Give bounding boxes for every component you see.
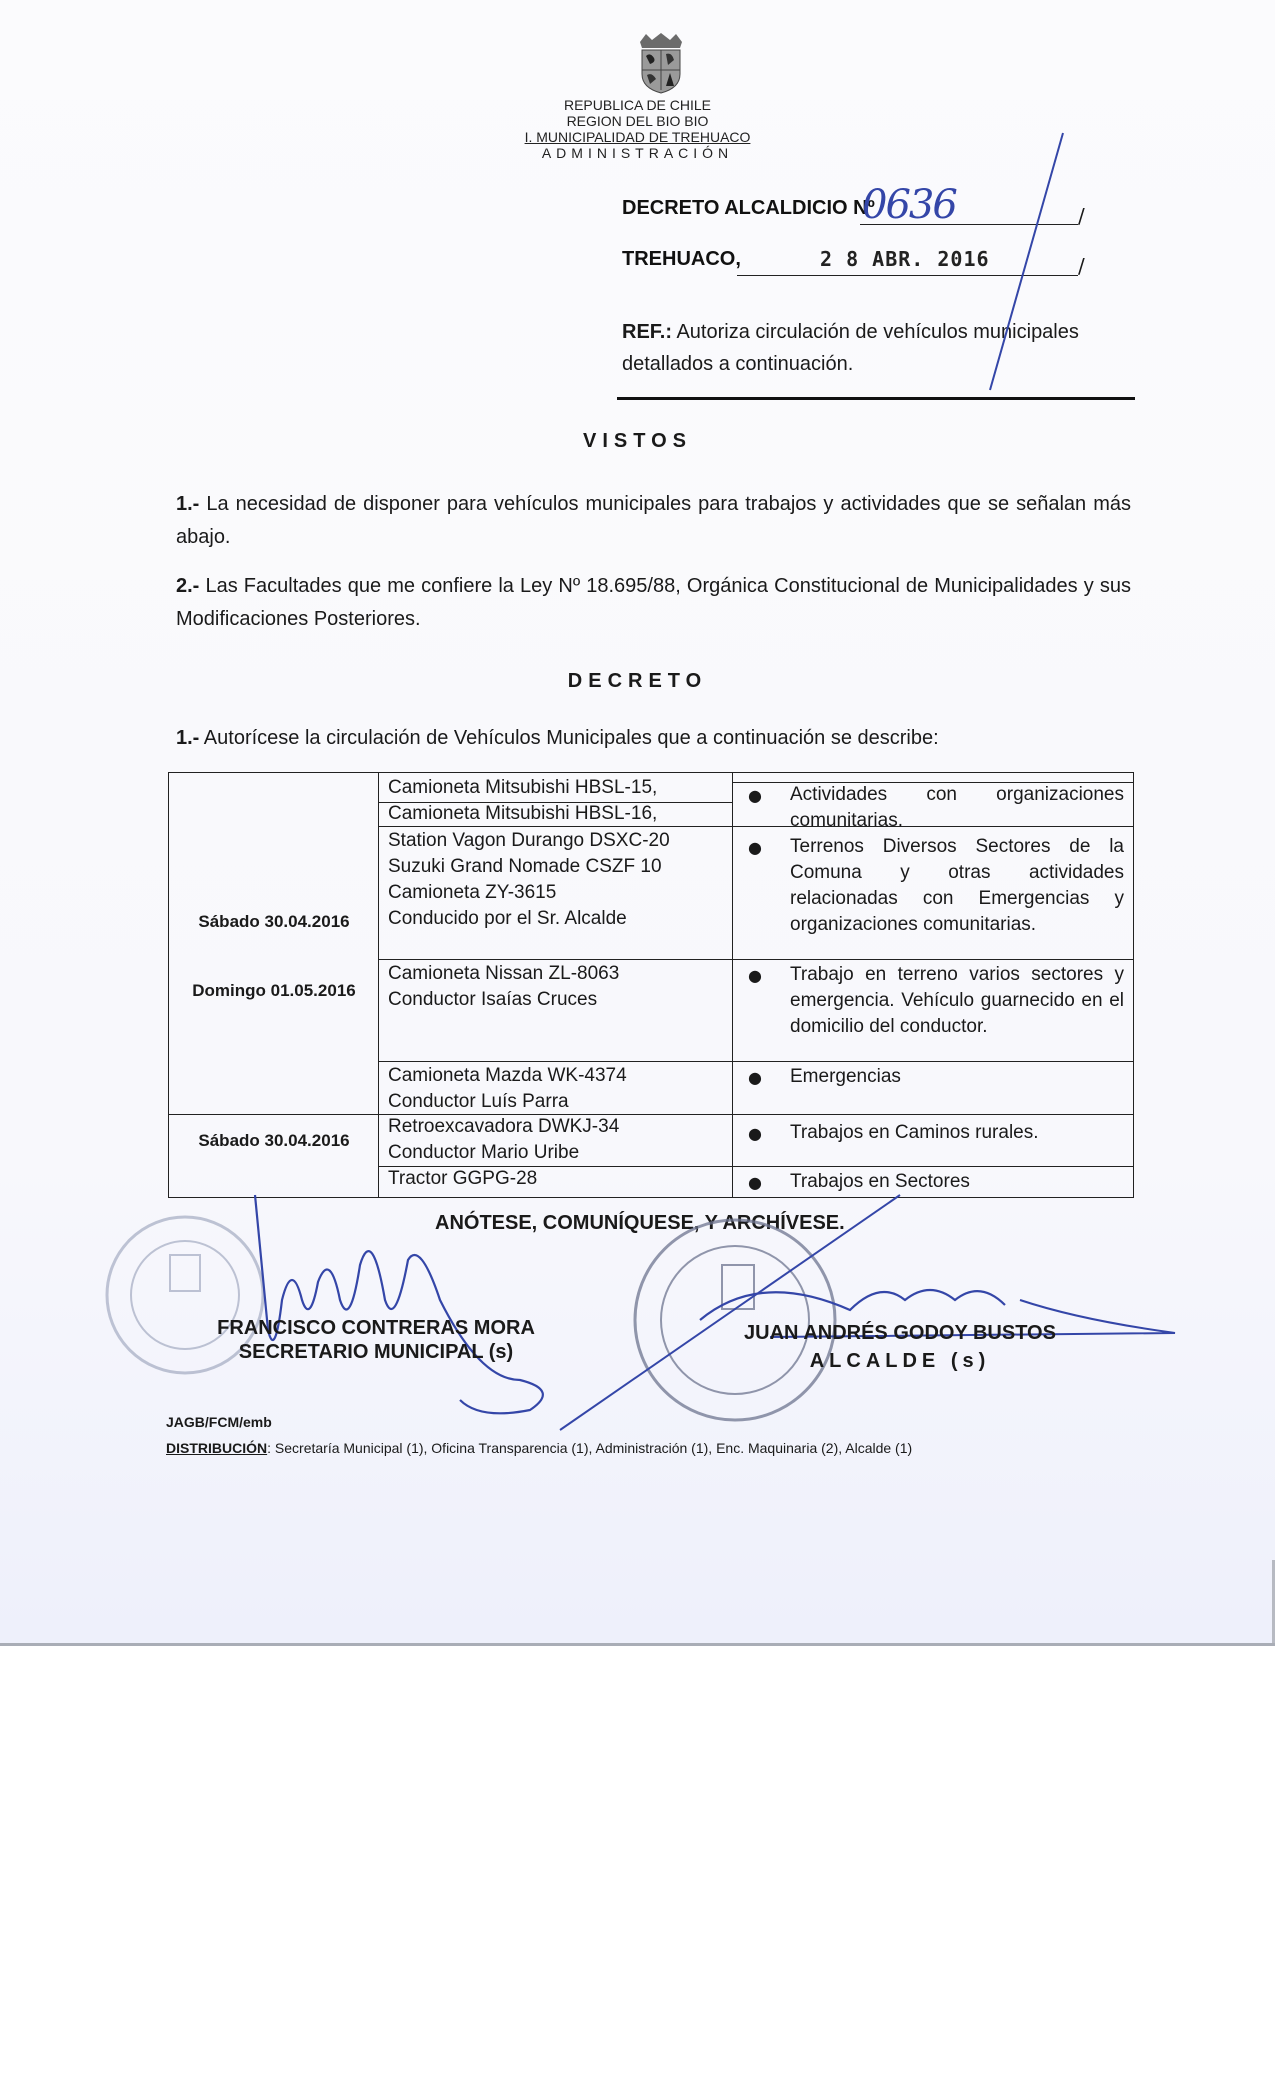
vistos-item-1-text: La necesidad de disponer para vehículos … [176, 493, 1131, 548]
vistos-item-2-num: 2.- [176, 575, 199, 597]
bullet-dot-icon: ● [748, 838, 762, 857]
table-date-3: Sábado 30.04.2016 [170, 1131, 378, 1151]
distribution-text: : Secretaría Municipal (1), Oficina Tran… [267, 1440, 912, 1456]
decreto-item-1: 1.- Autorícese la circulación de Vehícul… [176, 722, 1131, 755]
table-activity: Trabajos en Sectores [790, 1169, 1124, 1195]
table-vehicle: Camioneta Nissan ZL-8063 Conductor Isaía… [388, 961, 619, 1013]
table-vehicle: Camioneta Mazda WK-4374 Conductor Luís P… [388, 1063, 627, 1115]
table-activity: Trabajos en Caminos rurales. [790, 1120, 1124, 1146]
table-activity: Terrenos Diversos Sectores de la Comuna … [790, 834, 1124, 938]
author-initials: JAGB/FCM/emb [166, 1414, 272, 1430]
secretary-title: SECRETARIO MUNICIPAL (s) [196, 1341, 556, 1364]
bullet-dot-icon: ● [748, 1068, 762, 1087]
table-row-divider [378, 959, 1134, 960]
table-col-divider-1 [378, 772, 379, 1198]
vistos-item-2-text: Las Facultades que me confiere la Ley Nº… [176, 575, 1131, 630]
decree-number-handwritten: 0636 [862, 182, 956, 228]
table-vehicle: Tractor GGPG-28 [388, 1166, 537, 1192]
header-country: REPUBLICA DE CHILE [0, 98, 1275, 113]
table-date-1: Sábado 30.04.2016 [170, 912, 378, 932]
table-vehicle: Camioneta Mitsubishi HBSL-15, [388, 775, 657, 801]
decree-number-slash: / [1078, 204, 1085, 228]
vistos-item-1: 1.- La necesidad de disponer para vehícu… [176, 488, 1131, 554]
vistos-item-2: 2.- Las Facultades que me confiere la Le… [176, 570, 1131, 636]
decree-number-label: DECRETO ALCALDICIO Nº [622, 197, 875, 220]
vistos-item-1-num: 1.- [176, 493, 199, 515]
table-col-divider-2 [732, 772, 733, 1198]
date-slash: / [1078, 254, 1085, 278]
table-row-divider [378, 1061, 1134, 1062]
header-department: ADMINISTRACIÓN [0, 146, 1275, 161]
mayor-name: JUAN ANDRÉS GODOY BUSTOS [700, 1322, 1100, 1345]
table-vehicle: Camioneta Mitsubishi HBSL-16, [388, 801, 657, 827]
scanned-page: REPUBLICA DE CHILE REGION DEL BIO BIO I.… [0, 0, 1275, 1646]
mayor-title: ALCALDE (s) [780, 1350, 1020, 1373]
bullet-dot-icon: ● [748, 966, 762, 985]
secretary-name: FRANCISCO CONTRERAS MORA [196, 1317, 556, 1340]
ref-label: REF.: [622, 321, 672, 343]
table-row-divider [168, 1114, 1134, 1115]
decreto-heading: DECRETO [0, 670, 1275, 693]
date-line [737, 275, 1078, 276]
table-vehicle: Station Vagon Durango DSXC-20 Suzuki Gra… [388, 828, 670, 932]
table-activity: Emergencias [790, 1064, 1124, 1090]
municipal-coat-of-arms-icon [636, 32, 686, 94]
distribution-label: DISTRIBUCIÓN [166, 1440, 267, 1456]
bullet-dot-icon: ● [748, 786, 762, 805]
distribution-list: DISTRIBUCIÓN: Secretaría Municipal (1), … [166, 1440, 912, 1456]
place-label: TREHUACO, [622, 248, 741, 271]
mayor-stamp-icon [635, 1220, 835, 1420]
ref-text: Autoriza circulación de vehículos munici… [622, 321, 1079, 375]
bullet-dot-icon: ● [748, 1124, 762, 1143]
table-date-2: Domingo 01.05.2016 [170, 981, 378, 1001]
ref-divider [617, 397, 1135, 400]
date-stamp: 2 8 ABR. 2016 [820, 247, 990, 271]
bullet-dot-icon: ● [748, 1173, 762, 1192]
decreto-item-1-num: 1.- [176, 727, 199, 749]
vistos-heading: VISTOS [0, 430, 1275, 453]
table-vehicle: Retroexcavadora DWKJ-34 Conductor Mario … [388, 1114, 619, 1166]
header-region: REGION DEL BIO BIO [0, 114, 1275, 129]
table-activity: Actividades con organizaciones comunitar… [790, 782, 1124, 834]
reference: REF.: Autoriza circulación de vehículos … [622, 316, 1142, 380]
table-activity: Trabajo en terreno varios sectores y eme… [790, 962, 1124, 1040]
closing-formula: ANÓTESE, COMUNÍQUESE, Y ARCHÍVESE. [435, 1212, 845, 1235]
header-municipality: I. MUNICIPALIDAD DE TREHUACO [0, 130, 1275, 145]
decreto-item-1-text: Autorícese la circulación de Vehículos M… [204, 727, 939, 749]
